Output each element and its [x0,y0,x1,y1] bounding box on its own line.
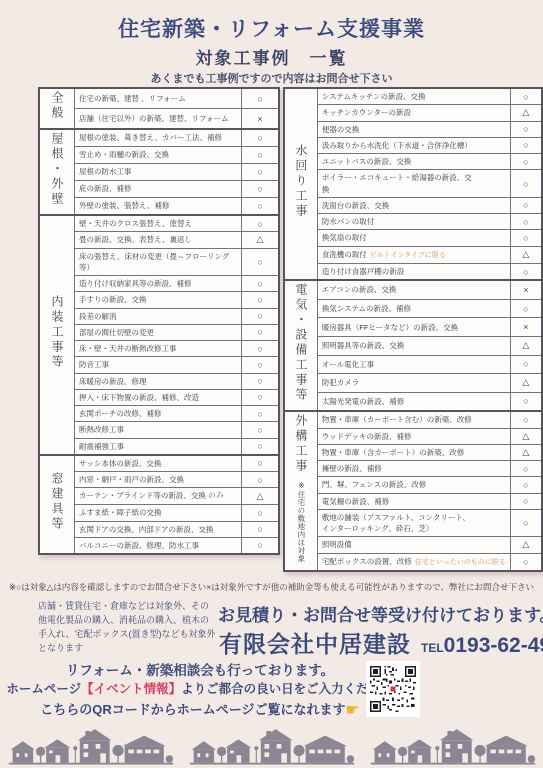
work-label: 照明器具等の新設、交換 [317,336,510,355]
work-label: 床暖房の新設、修理 [75,373,242,389]
work-row: ユニットバスの新設、交換○ [284,154,542,170]
work-row: ボイラー・エコキュート・給湯器の新設、交換○ [284,170,542,198]
category-mizumawari: 水回り工事 [284,88,317,280]
event-info-highlight: 【イベント情報】 [81,682,181,696]
work-label: 住宅の新築、建替 、リフォーム [75,88,242,109]
eligibility-mark: ○ [242,357,280,373]
work-row: 外壁の塗装、張替え、補修○ [39,197,279,215]
eligibility-mark: ○ [242,180,280,197]
work-label: ユニットバスの新設、交換 [317,154,510,170]
eligibility-mark: ○ [510,411,542,428]
work-row: 門、塀、フェンスの新設、改修○ [284,477,542,493]
work-row: 敷地の舗装（アスファルト、コンクリート、インターロッキング、砕石、芝）○ [284,509,542,537]
eligibility-mark: ○ [242,215,280,232]
work-row: 手すりの新設、交換○ [39,292,279,308]
work-label: 造り付け収納家具等の新設、補修 [75,276,242,292]
contact-message: お見積り・お問合せ等受け付けております。 [218,601,543,626]
work-label: 照明設備 [317,537,510,553]
work-row: キッチンカウンターの新設△ [284,105,542,121]
eligibility-mark: ○ [510,121,542,137]
eligibility-mark: ○ [510,214,542,230]
work-row: 便器の交換○ [284,121,542,137]
work-label: キッチンカウンターの新設 [317,105,510,121]
eligibility-mark: ○ [510,355,542,374]
work-row: 洗面台の新設、交換○ [284,197,542,213]
work-row: 食洗機の取付ビルトインタイプに限る△ [284,246,542,264]
page-subtitle: 対象工事例 一覧 [0,44,543,69]
work-row: 玄関ポーチの改修、補修○ [39,406,279,422]
eligibility-mark: ○ [242,521,280,537]
works-table-right: 水回り工事システムキッチンの新設、交換○キッチンカウンターの新設△便器の交換○汲… [283,87,543,572]
eligibility-mark: ○ [242,308,280,324]
eligibility-mark: × [510,280,542,299]
eligibility-mark: △ [510,105,542,121]
work-label: 換気扇の取付 [317,230,510,246]
tel-number: 0193-62-4901 [444,634,543,658]
eligibility-mark: ○ [510,170,542,198]
eligibility-mark: × [242,109,280,130]
work-label: 電気柵の新設、補修 [317,493,510,509]
work-row: 押入・床下物置の新設、補修、改造○ [39,389,279,405]
work-row: 防水パンの取付○ [284,214,542,230]
eligibility-mark: ○ [510,509,542,537]
work-row: 窓建具等サッシ本体の新設、交換○ [39,455,279,472]
work-row: 床の張替え、床材の変更（畳⇔フローリング等）○ [39,248,279,276]
work-row: 床・壁・天井の断熱改修工事○ [39,341,279,357]
eligibility-mark: ○ [242,163,280,180]
work-row: 電気柵の新設、補修○ [284,493,542,509]
eligibility-mark: ○ [242,341,280,357]
legend-footnote: ※○は対象△は内容を確認しますのでお問合せ下さい×は対象外ですが他の補助金等も使… [0,581,543,593]
eligibility-mark: ○ [242,406,280,422]
work-row: 汲み取りから水洗化（下水道・合併浄化槽）○ [284,137,542,153]
work-row: 内装工事等壁・天井のクロス張替え、塗替え○ [39,215,279,232]
works-table-left: 全般住宅の新築、建替 、リフォーム○店舗（住宅以外）の新築、建替、リフォーム×屋… [38,87,280,555]
eligibility-mark: △ [242,488,280,505]
work-row: 部屋の間仕切壁の変更○ [39,324,279,340]
pointing-hand-icon: ☛ [345,702,359,719]
work-row: 電気・設備工事等エアコンの新設、交換× [284,280,542,299]
flyer-page: 住宅新築・リフォーム支援事業 対象工事例 一覧 あくまでも工事例ですので内容はお… [0,0,543,768]
work-label: ウッドデッキの新設、補修 [317,428,510,444]
work-label: サッシ本体の新設、交換 [75,455,242,472]
work-label: ボイラー・エコキュート・給湯器の新設、交換 [317,170,510,198]
eligibility-mark: ○ [510,392,542,411]
work-row: 造り付け収納家具等の新設、補修○ [39,276,279,292]
work-label: 床・壁・天井の断熱改修工事 [75,341,242,357]
work-label: カーテン・ブラインド等の新設、交換のみ [75,488,242,505]
work-label: 換気システムの新設、補修 [317,299,510,318]
work-label: 玄関ドアの交換、内部ドアの新設、交換 [75,521,242,537]
work-label: 壁・天井のクロス張替え、塗替え [75,215,242,232]
eligibility-mark: ○ [242,324,280,340]
eligibility-mark: ○ [242,505,280,521]
work-label: 雪止め・雨樋の新設、交換 [75,147,242,164]
page-title: 住宅新築・リフォーム支援事業 [0,13,543,43]
work-row: 物置・車庫（含カーポート）の新築、改修△ [284,444,542,460]
eligibility-mark: ○ [510,461,542,477]
eligibility-mark: ○ [242,129,280,147]
town-silhouette [369,721,537,767]
category-naisou: 内装工事等 [39,215,75,455]
town-silhouette-strip [0,719,543,767]
category-mado-tategu: 窓建具等 [39,455,75,554]
work-label: 食洗機の取付ビルトインタイプに限る [317,246,510,264]
eligibility-mark: ○ [242,88,280,109]
work-row: カーテン・ブラインド等の新設、交換のみ△ [39,488,279,505]
eligibility-mark: ○ [242,197,280,215]
work-label: 造り付け食器戸棚の新設 [317,264,510,281]
work-label: ふすま紙・障子紙の交換 [75,505,242,521]
work-label: 屋根の塗装、葺き替え、カバー工法、補修 [75,129,242,147]
qr-code-image [370,666,416,712]
work-label: 洗面台の新設、交換 [317,197,510,213]
town-silhouette [7,721,175,767]
work-label: 耐震補強工事 [75,438,242,455]
work-label: 段差の解消 [75,308,242,324]
category-yane-gaiheki: 屋根・外壁 [39,129,75,215]
work-row: 照明設備△ [284,537,542,553]
company-name: 有限会社中居建設 [219,626,411,659]
eligibility-mark: ○ [510,230,542,246]
work-row: 擁壁の新設、補修○ [284,461,542,477]
work-label: 店舗（住宅以外）の新築、建替、リフォーム [75,109,242,130]
work-row: 全般住宅の新築、建替 、リフォーム○ [39,88,279,109]
eligibility-mark: △ [510,246,542,264]
work-row: 店舗（住宅以外）の新築、建替、リフォーム× [39,109,279,130]
work-label: 部屋の間仕切壁の変更 [75,324,242,340]
category-gaikou: 外構工事※住宅の敷地内は対象 [284,411,317,571]
eligibility-mark: ○ [242,292,280,308]
eligibility-mark: ○ [510,264,542,281]
work-row: バルコニーの新設、修理、防水工事○ [39,537,279,554]
work-row: 床暖房の新設、修理○ [39,373,279,389]
header-note: あくまでも工事例ですので内容はお問合せ下さい [0,70,543,86]
eligibility-mark: ○ [510,553,542,571]
work-row: 屋根・外壁屋根の塗装、葺き替え、カバー工法、補修○ [39,129,279,147]
eligibility-mark: ○ [242,422,280,438]
consultation-line: リフォーム・新築相談会も行っております。 [0,659,400,679]
work-label: 玄関ポーチの改修、補修 [75,406,242,422]
work-label: 便器の交換 [317,121,510,137]
town-silhouette [188,721,356,767]
eligibility-mark: ○ [510,197,542,213]
qr-line: こちらのQRコードからホームページご覧になれます☛ [0,699,400,720]
work-label: 手すりの新設、交換 [75,292,242,308]
work-row: 外構工事※住宅の敷地内は対象物置・車庫（カーポート含む）の新築、改修○ [284,411,542,428]
eligibility-mark: ○ [242,472,280,488]
eligibility-mark: ○ [242,537,280,554]
work-row: 畳の新設、交換、表替え、裏返し△ [39,232,279,248]
work-row: 庇の新設、補修○ [39,180,279,197]
work-row: ふすま紙・障子紙の交換○ [39,505,279,521]
eligibility-mark: △ [510,374,542,393]
work-label: 防音工事 [75,357,242,373]
work-row: 屋根の防水工事○ [39,163,279,180]
work-label: オール電化工事 [317,355,510,374]
condition-note: ビルトインタイプに限る [370,252,446,259]
work-label: 物置・車庫（含カーポート）の新築、改修 [317,444,510,460]
eligibility-mark: ○ [510,493,542,509]
work-label: 畳の新設、交換、表替え、裏返し [75,232,242,248]
work-row: 水回り工事システムキッチンの新設、交換○ [284,88,542,105]
work-row: 太陽光発電の新設、補修○ [284,392,542,411]
exclusions-note: 店舗・賃貸住宅・倉庫などは対象外、その他電化製品の購入、消耗品の購入、植木の手入… [38,600,216,656]
work-row: 換気扇の取付○ [284,230,542,246]
work-row: 造り付け食器戸棚の新設○ [284,264,542,281]
work-row: 宅配ボックスの設置、改修住宅といったいのものに限る○ [284,553,542,571]
work-row: 雪止め・雨樋の新設、交換○ [39,147,279,164]
work-row: 防音工事○ [39,357,279,373]
work-label: 防犯カメラ [317,374,510,393]
category-zenpan: 全般 [39,88,75,129]
work-row: 耐震補強工事○ [39,438,279,455]
eligibility-mark: ○ [242,389,280,405]
eligibility-mark: ○ [510,477,542,493]
work-row: オール電化工事○ [284,355,542,374]
work-row: 玄関ドアの交換、内部ドアの新設、交換○ [39,521,279,537]
eligibility-mark: △ [510,537,542,553]
eligibility-mark: ○ [242,455,280,472]
work-label: 押入・床下物置の新設、補修、改造 [75,389,242,405]
handwritten-note: のみ [208,490,225,503]
eligibility-mark: ○ [510,137,542,153]
homepage-post: よりご都合の良い日をご入力ください [181,682,394,696]
tel-label: TEL [421,641,444,655]
work-label: システムキッチンの新設、交換 [317,88,510,105]
eligibility-mark: ○ [242,373,280,389]
work-label: バルコニーの新設、修理、防水工事 [75,537,242,554]
work-label: 屋根の防水工事 [75,163,242,180]
condition-note: 住宅といったいのものに限る [415,559,506,566]
category-denki-setsubi: 電気・設備工事等 [284,280,317,411]
work-label: 宅配ボックスの設置、改修住宅といったいのものに限る [317,553,510,571]
eligibility-mark: ○ [510,299,542,318]
work-label: 門、塀、フェンスの新設、改修 [317,477,510,493]
work-label: 物置・車庫（カーポート含む）の新築、改修 [317,411,510,428]
qr-code [366,661,420,717]
eligibility-mark: ○ [510,88,542,105]
work-label: エアコンの新設、交換 [317,280,510,299]
work-label: 敷地の舗装（アスファルト、コンクリート、インターロッキング、砕石、芝） [317,509,510,537]
work-label: 断熱改修工事 [75,422,242,438]
eligibility-mark: △ [242,232,280,248]
work-label: 床の張替え、床材の変更（畳⇔フローリング等） [75,248,242,276]
work-label: 外壁の塗装、張替え、補修 [75,197,242,215]
work-label: 暖房器具（FFヒータなど）の新設、交換 [317,318,510,337]
eligibility-mark: × [510,318,542,337]
eligibility-mark: △ [510,428,542,444]
eligibility-mark: ○ [242,248,280,276]
eligibility-mark: △ [510,444,542,460]
work-label: 庇の新設、補修 [75,180,242,197]
work-row: ウッドデッキの新設、補修△ [284,428,542,444]
work-label: 内窓・網戸・雨戸の新設、交換 [75,472,242,488]
work-label: 太陽光発電の新設、補修 [317,392,510,411]
homepage-pre: ホームページ [6,682,81,696]
homepage-line: ホームページ【イベント情報】よりご都合の良い日をご入力ください [0,679,400,697]
work-row: 換気システムの新設、補修○ [284,299,542,318]
eligibility-mark: ○ [510,154,542,170]
eligibility-mark: △ [510,336,542,355]
eligibility-mark: ○ [242,438,280,455]
work-row: 内窓・網戸・雨戸の新設、交換○ [39,472,279,488]
work-row: 照明器具等の新設、交換△ [284,336,542,355]
work-row: 暖房器具（FFヒータなど）の新設、交換× [284,318,542,337]
work-row: 防犯カメラ△ [284,374,542,393]
work-row: 段差の解消○ [39,308,279,324]
work-row: 断熱改修工事○ [39,422,279,438]
work-label: 汲み取りから水洗化（下水道・合併浄化槽） [317,137,510,153]
work-label: 擁壁の新設、補修 [317,461,510,477]
work-label: 防水パンの取付 [317,214,510,230]
eligibility-mark: ○ [242,147,280,164]
company-contact: 有限会社中居建設 TEL 0193-62-4901 [219,626,543,659]
eligibility-mark: ○ [242,276,280,292]
